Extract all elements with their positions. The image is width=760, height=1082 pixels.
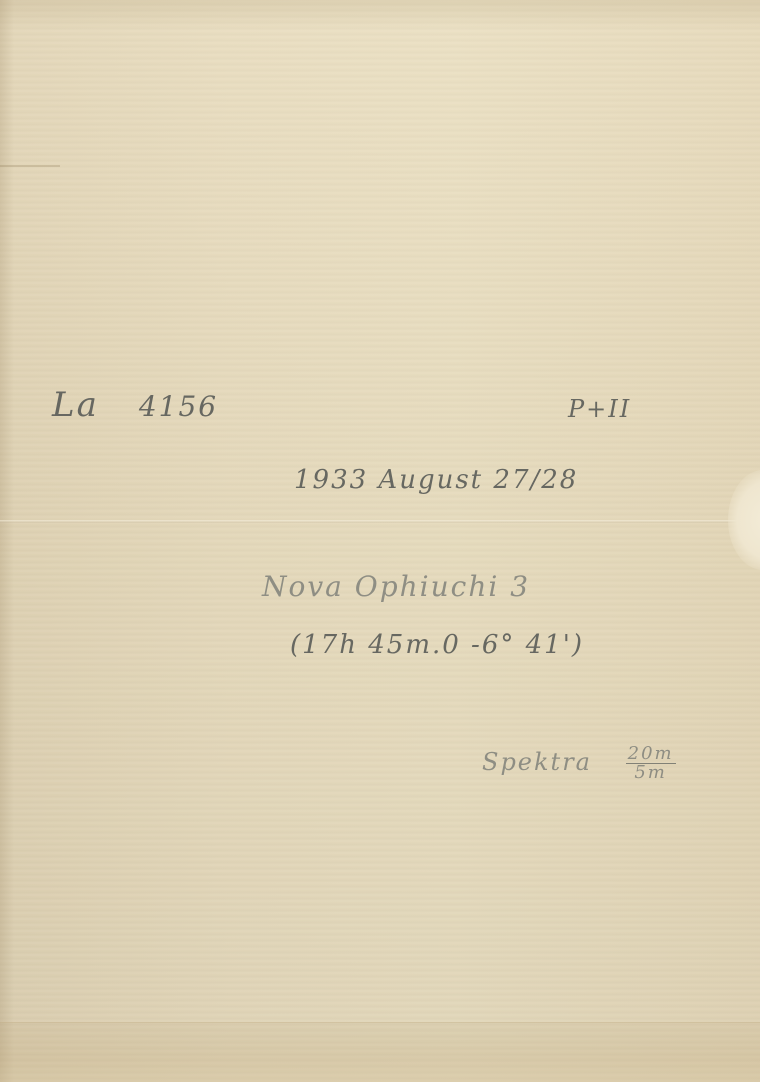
plate-id: La4156 (52, 385, 218, 425)
paper-top-edge (0, 0, 760, 30)
paper-left-edge (0, 0, 14, 1082)
fold-line (0, 520, 760, 523)
plate-id-prefix: La (52, 385, 99, 425)
exposure-times: 20m 5m (626, 745, 676, 782)
paper-crease (0, 165, 60, 167)
exposure-note: Spektra 20m 5m (482, 745, 676, 782)
plate-code: P+II (568, 395, 631, 423)
object-name: Nova Ophiuchi 3 (262, 570, 530, 603)
plate-id-number: 4156 (139, 390, 218, 423)
exposure-time-bottom: 5m (626, 764, 676, 782)
paper-bottom-flap (0, 1022, 760, 1082)
exposure-label: Spektra (482, 748, 592, 776)
thumb-notch (728, 470, 760, 570)
observation-date: 1933 August 27/28 (294, 465, 578, 495)
plate-envelope: La4156 P+II 1933 August 27/28 Nova Ophiu… (0, 0, 760, 1082)
coordinates: (17h 45m.0 -6° 41') (290, 630, 584, 660)
